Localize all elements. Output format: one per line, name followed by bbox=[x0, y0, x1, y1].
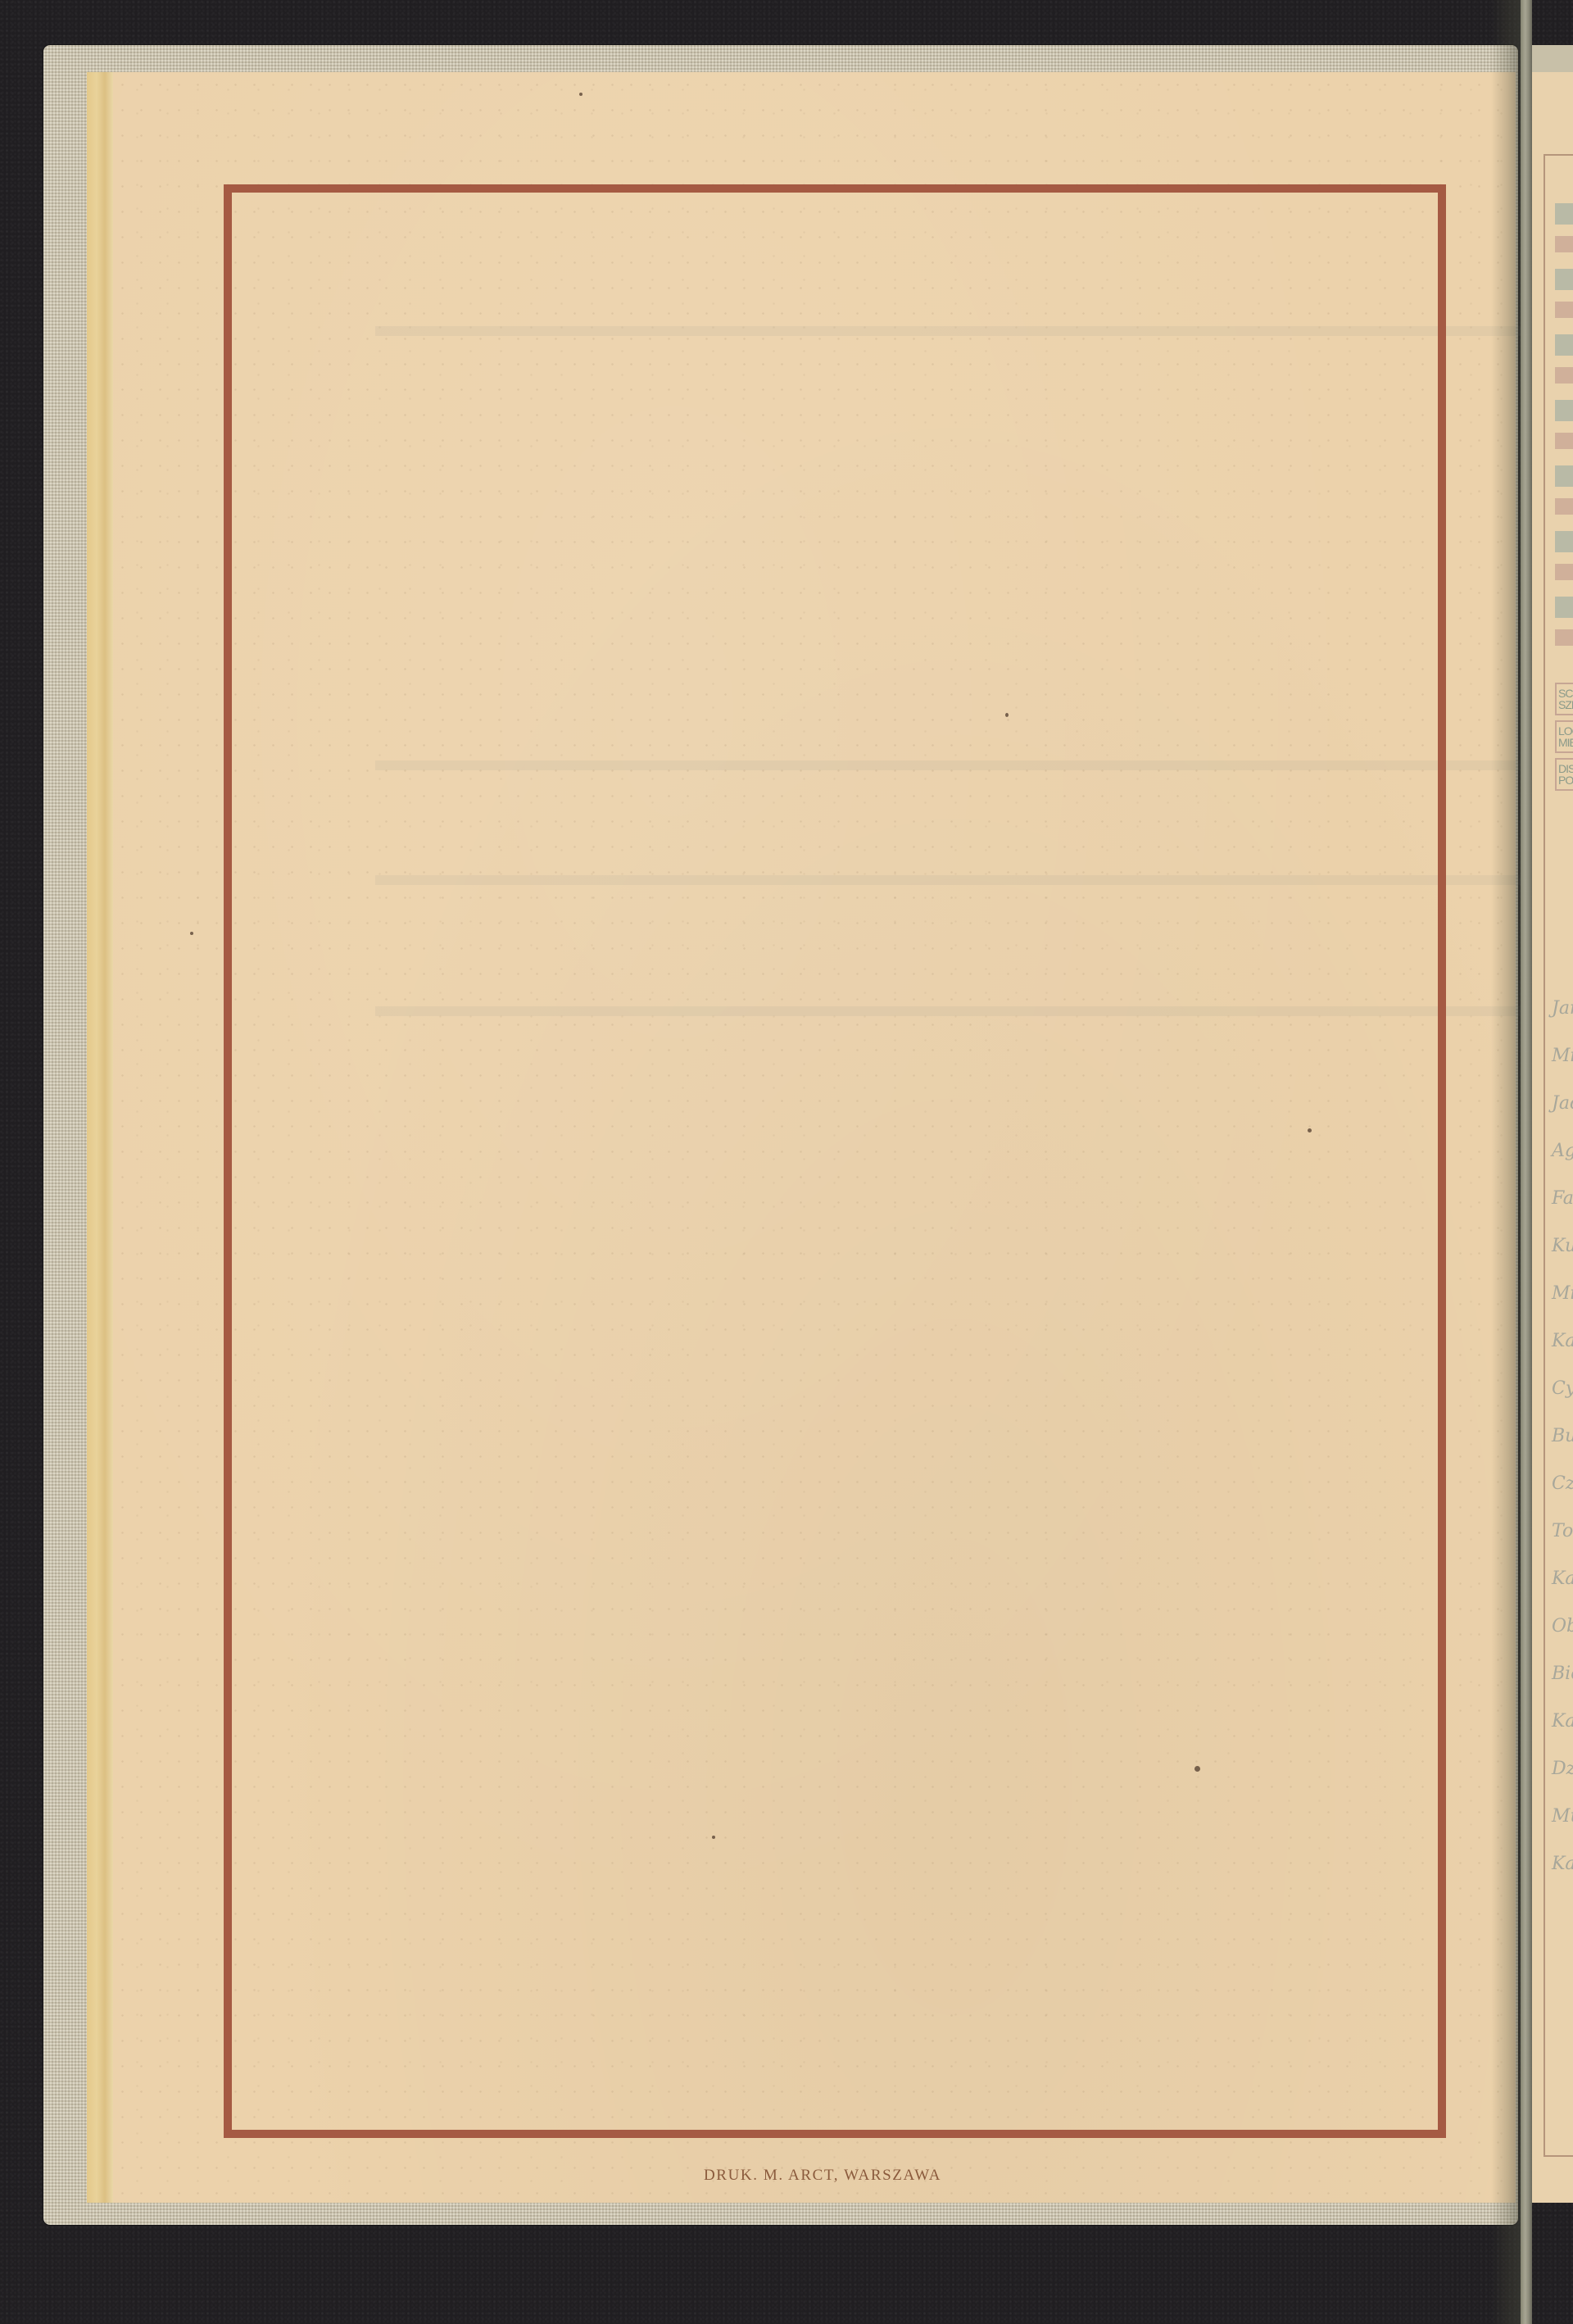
binding-gutter-fold bbox=[1521, 0, 1532, 2324]
handwritten-name: Mik bbox=[1552, 1046, 1573, 1093]
paper-speck bbox=[1308, 1128, 1312, 1132]
adjacent-page-ornament bbox=[1555, 203, 1573, 646]
paper-speck bbox=[1005, 713, 1009, 717]
handwritten-name: Mil bbox=[1552, 1283, 1573, 1331]
handwritten-name: Kanw bbox=[1552, 1568, 1573, 1616]
handwritten-name: Fab bbox=[1552, 1188, 1573, 1236]
handwritten-name: Cytru bbox=[1552, 1378, 1573, 1426]
handwritten-name: Kub bbox=[1552, 1236, 1573, 1283]
handwritten-name: Kamie bbox=[1552, 1711, 1573, 1759]
adjacent-label: SCHO SZK bbox=[1555, 683, 1573, 715]
handwritten-name: Obal bbox=[1552, 1616, 1573, 1664]
handwritten-name: Jan bbox=[1552, 998, 1573, 1046]
handwritten-name: Bielaw bbox=[1552, 1664, 1573, 1711]
printer-imprint: DRUK. M. ARCT, WARSZAWA bbox=[0, 2167, 1573, 2185]
handwritten-name: Czaj bbox=[1552, 1473, 1573, 1521]
adjacent-page-edge: SCHO SZK LOC MIEI DIST POW Jan Mik Jaci … bbox=[1532, 72, 1573, 2203]
paper-speck bbox=[1194, 1766, 1200, 1772]
handwritten-name: Jaci bbox=[1552, 1093, 1573, 1141]
handwritten-name: Tobia bbox=[1552, 1521, 1573, 1568]
adjacent-page-labels: SCHO SZK LOC MIEI DIST POW bbox=[1555, 683, 1573, 796]
adjacent-label: DIST POW bbox=[1555, 758, 1573, 791]
handwritten-name: Mul bbox=[1552, 1806, 1573, 1854]
gutter-shadow bbox=[1491, 0, 1524, 2324]
decorative-red-frame bbox=[224, 184, 1446, 2138]
adjacent-label: LOC MIEI bbox=[1555, 720, 1573, 753]
handwritten-name: Dziel bbox=[1552, 1759, 1573, 1806]
paper-speck bbox=[579, 93, 583, 96]
handwritten-name: Buc bbox=[1552, 1426, 1573, 1473]
adjacent-handwritten-list: Jan Mik Jaci Agn Fab Kub Mil Kaz Cytru B… bbox=[1552, 998, 1573, 1901]
paper-speck bbox=[712, 1836, 715, 1839]
paper-speck bbox=[190, 932, 193, 935]
handwritten-name: Agn bbox=[1552, 1141, 1573, 1188]
adjacent-cover-edge bbox=[1532, 45, 1573, 72]
handwritten-name: Kan bbox=[1552, 1854, 1573, 1901]
handwritten-name: Kaz bbox=[1552, 1331, 1573, 1378]
